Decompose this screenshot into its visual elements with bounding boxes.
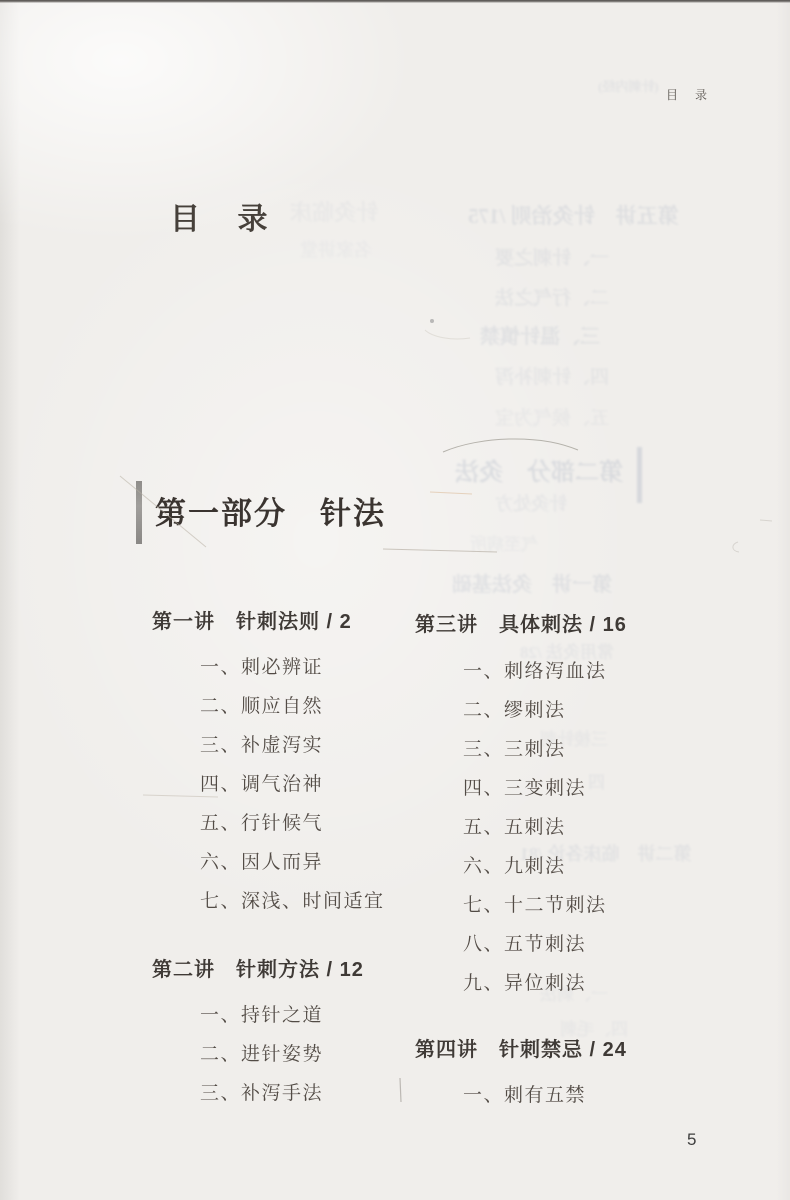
ghost-text: (针刺内经) — [598, 76, 659, 95]
toc-section: 第四讲 针刺禁忌 / 24 一、刺有五禁 — [415, 1040, 715, 1105]
running-header: 目 录 — [666, 86, 714, 103]
part-heading: 第一部分 针法 — [155, 488, 386, 533]
ghost-text: 针灸临床 — [290, 196, 378, 227]
toc-item: 二、缪刺法 — [463, 701, 715, 720]
toc-section-heading: 第三讲 具体刺法 / 16 — [415, 615, 715, 635]
ghost-text: 第一讲 灸法基础 — [452, 568, 612, 597]
toc-list: 一、刺必辨证 二、顺应自然 三、补虚泻实 四、调气治神 五、行针候气 六、因人而… — [152, 658, 452, 911]
toc-item: 九、异位刺法 — [463, 974, 715, 993]
scan-top-edge — [0, 0, 790, 3]
toc-item: 五、五刺法 — [463, 818, 715, 837]
page-number: 5 — [687, 1130, 696, 1150]
toc-column-right: 第三讲 具体刺法 / 16 一、刺络泻血法 二、缪刺法 三、三刺法 四、三变刺法… — [415, 600, 715, 1125]
ghost-text: 气至病所 — [470, 530, 538, 555]
toc-item: 三、三刺法 — [463, 740, 715, 759]
toc-list: 一、持针之道 二、进针姿势 三、补泻手法 — [152, 1006, 452, 1103]
toc-item: 八、五节刺法 — [463, 935, 715, 954]
toc-section: 第二讲 针刺方法 / 12 一、持针之道 二、进针姿势 三、补泻手法 — [152, 960, 452, 1103]
toc-item: 一、刺络泻血法 — [463, 662, 715, 681]
part-divider-bar — [136, 481, 142, 544]
ghost-text: 名家讲堂 — [300, 236, 372, 262]
scanned-book-page: 第五讲 针灸治则 /175 一、针刺之要 二、行气之法 三、温针慎禁 四、针刺补… — [0, 0, 790, 1200]
toc-section: 第一讲 针刺法则 / 2 一、刺必辨证 二、顺应自然 三、补虚泻实 四、调气治神… — [152, 612, 452, 911]
toc-item: 四、三变刺法 — [463, 779, 715, 798]
ghost-text: 二、行气之法 — [495, 283, 609, 310]
toc-section-heading: 第一讲 针刺法则 / 2 — [152, 612, 452, 632]
ghost-text: 第二部分 灸法 — [455, 452, 623, 487]
toc-list: 一、刺有五禁 — [415, 1086, 715, 1105]
ghost-text: 四、针刺补泻 — [495, 362, 609, 389]
ghost-text: 第五讲 针灸治则 /175 — [468, 200, 679, 230]
ghost-text: 五、候气为宝 — [495, 403, 609, 430]
toc-item: 六、九刺法 — [463, 857, 715, 876]
ghost-part-bar — [637, 447, 642, 503]
toc-item: 一、刺有五禁 — [463, 1086, 715, 1105]
toc-list: 一、刺络泻血法 二、缪刺法 三、三刺法 四、三变刺法 五、五刺法 六、九刺法 七… — [415, 662, 715, 993]
toc-section-heading: 第四讲 针刺禁忌 / 24 — [415, 1040, 715, 1060]
ghost-text: 一、针刺之要 — [495, 243, 609, 270]
toc-column-left: 第一讲 针刺法则 / 2 一、刺必辨证 二、顺应自然 三、补虚泻实 四、调气治神… — [152, 600, 452, 1123]
page-title: 目 录 — [170, 194, 283, 238]
ghost-text: 三、温针慎禁 — [480, 320, 600, 349]
ghost-text: 针灸处方 — [495, 490, 567, 516]
toc-section: 第三讲 具体刺法 / 16 一、刺络泻血法 二、缪刺法 三、三刺法 四、三变刺法… — [415, 615, 715, 993]
toc-section-heading: 第二讲 针刺方法 / 12 — [152, 960, 452, 980]
toc-item: 七、十二节刺法 — [463, 896, 715, 915]
